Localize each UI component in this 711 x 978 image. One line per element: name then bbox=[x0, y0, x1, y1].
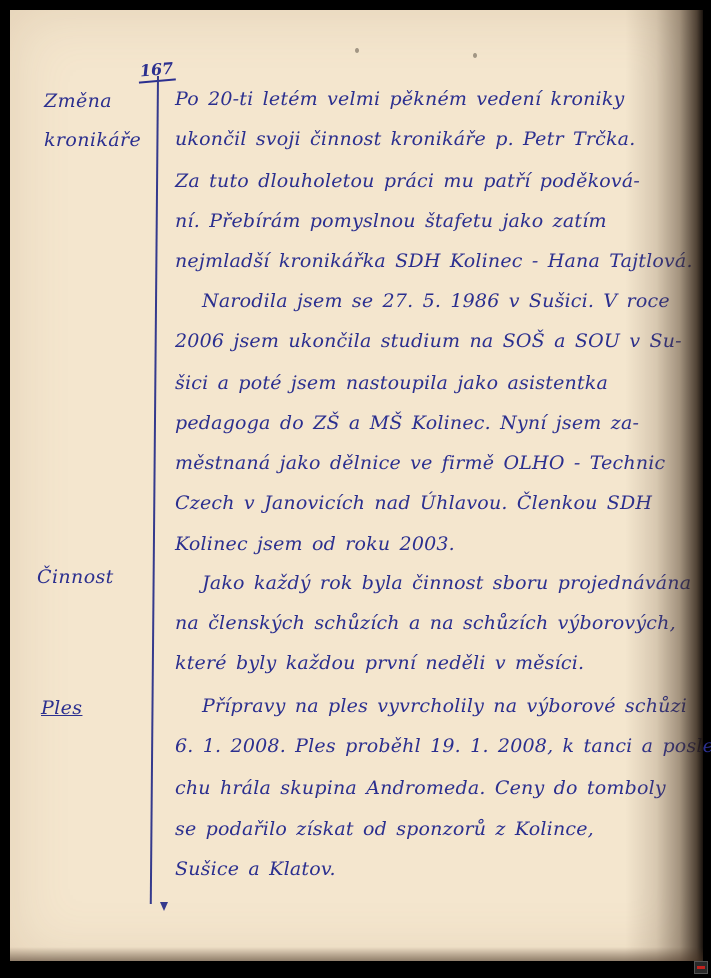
handwritten-line: Narodila jsem se 27. 5. 1986 v Sušici. V… bbox=[202, 290, 670, 312]
handwritten-line: nejmladší kronikářka SDH Kolinec - Hana … bbox=[175, 250, 693, 272]
red-bar bbox=[697, 966, 705, 969]
margin-note-cinnost: Činnost bbox=[37, 566, 114, 588]
margin-note-ples: Ples bbox=[41, 697, 82, 719]
margin-rule-arrowhead bbox=[160, 902, 168, 911]
handwritten-line: které byly každou první neděli v měsíci. bbox=[175, 652, 584, 674]
margin-note-zmena: Změna bbox=[44, 90, 112, 112]
margin-rule bbox=[150, 76, 159, 904]
scanned-chronicle-photo: 167 Změna kronikáře Činnost Ples Po 20-t… bbox=[0, 0, 711, 978]
handwritten-line: 6. 1. 2008. Ples proběhl 19. 1. 2008, k … bbox=[175, 735, 711, 757]
handwritten-line: městnaná jako dělnice ve firmě OLHO - Te… bbox=[175, 452, 665, 474]
handwritten-line: ní. Přebírám pomyslnou štafetu jako zatí… bbox=[175, 210, 607, 232]
handwritten-line: Po 20-ti letém velmi pěkném vedení kroni… bbox=[175, 88, 624, 110]
page-bottom-shadow bbox=[10, 947, 703, 961]
page-edge-shadow bbox=[625, 10, 703, 961]
paper-speck bbox=[355, 48, 359, 53]
handwritten-line: chu hrála skupina Andromeda. Ceny do tom… bbox=[175, 777, 666, 799]
paper-speck bbox=[473, 53, 477, 58]
handwritten-line: 2006 jsem ukončila studium na SOŠ a SOU … bbox=[175, 330, 682, 352]
red-bar-icon bbox=[694, 961, 708, 974]
chronicle-page: 167 Změna kronikáře Činnost Ples Po 20-t… bbox=[10, 10, 703, 961]
handwritten-line: Jako každý rok byla činnost sboru projed… bbox=[202, 572, 691, 594]
handwritten-line: pedagoga do ZŠ a MŠ Kolinec. Nyní jsem z… bbox=[175, 412, 639, 434]
handwritten-line: ukončil svoji činnost kronikáře p. Petr … bbox=[175, 128, 635, 150]
handwritten-line: Za tuto dlouholetou práci mu patří poděk… bbox=[175, 170, 640, 192]
handwritten-line: Přípravy na ples vyvrcholily na výborové… bbox=[202, 695, 687, 717]
handwritten-line: na členských schůzích a na schůzích výbo… bbox=[175, 612, 676, 634]
handwritten-line: se podařilo získat od sponzorů z Kolince… bbox=[175, 818, 594, 840]
handwritten-line: Sušice a Klatov. bbox=[175, 858, 336, 880]
handwritten-line: šici a poté jsem nastoupila jako asisten… bbox=[175, 372, 608, 394]
margin-note-kronikare: kronikáře bbox=[44, 129, 141, 151]
handwritten-line: Czech v Janovicích nad Úhlavou. Členkou … bbox=[175, 492, 652, 514]
handwritten-line: Kolinec jsem od roku 2003. bbox=[175, 533, 455, 555]
